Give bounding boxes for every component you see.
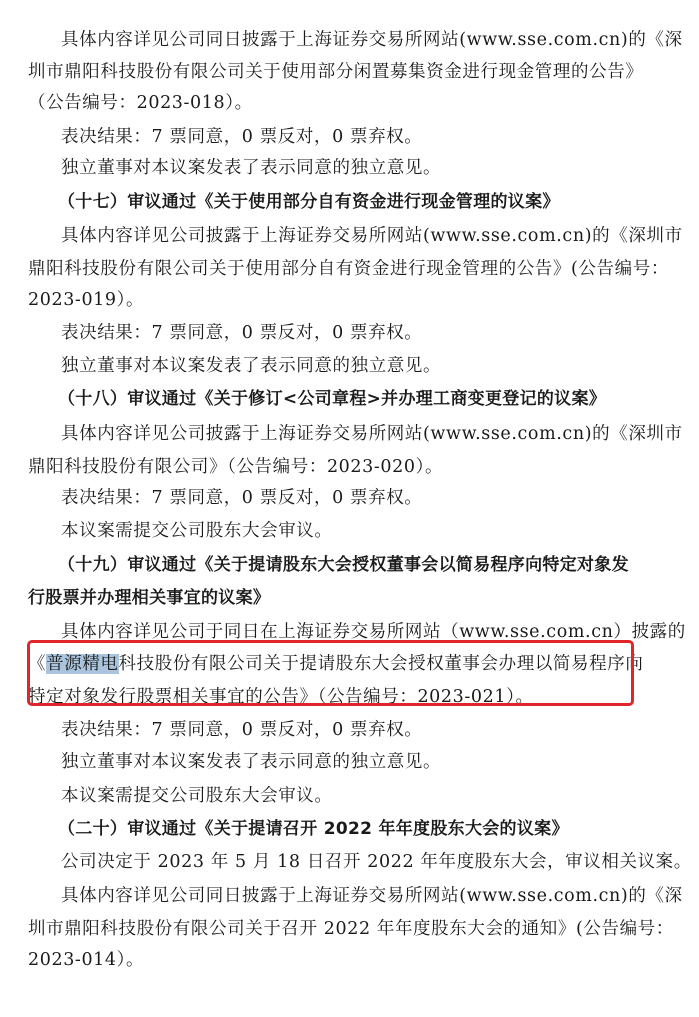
vote-result: 表决结果：7 票同意，0 票反对，0 票弃权。 bbox=[61, 318, 661, 348]
vote-result: 表决结果：7 票同意，0 票反对，0 票弃权。 bbox=[61, 483, 661, 513]
section-heading-17: （十七）审议通过《关于使用部分自有资金进行现金管理的议案》 bbox=[58, 187, 658, 217]
announcement-number: 鼎阳科技股份有限公司》（公告编号：2023-020）。 bbox=[28, 452, 628, 482]
section-heading-19: （十九）审议通过《关于提请股东大会授权董事会以简易程序向特定对象发 bbox=[58, 550, 658, 580]
announcement-number: 2023-019）。 bbox=[28, 285, 628, 315]
announcement-number: 2023-014）。 bbox=[28, 945, 628, 975]
vote-result: 表决结果：7 票同意，0 票反对，0 票弃权。 bbox=[61, 122, 661, 152]
independent-opinion: 独立董事对本议案发表了表示同意的独立意见。 bbox=[61, 153, 661, 183]
paragraph-line: 圳市鼎阳科技股份有限公司关于召开 2022 年年度股东大会的通知》(公告编号： bbox=[28, 914, 628, 944]
paragraph-line: 具体内容详见公司披露于上海证券交易所网站(www.sse.com.cn)的《深圳… bbox=[61, 221, 661, 251]
independent-opinion: 独立董事对本议案发表了表示同意的独立意见。 bbox=[61, 351, 661, 381]
paragraph-line: 圳市鼎阳科技股份有限公司关于使用部分闲置募集资金进行现金管理的公告》 bbox=[28, 57, 628, 87]
section-heading-19-cont: 行股票并办理相关事宜的议案》 bbox=[28, 583, 628, 613]
shareholder-review-note: 本议案需提交公司股东大会审议。 bbox=[61, 781, 661, 811]
section-heading-18: （十八）审议通过《关于修订<公司章程>并办理工商变更登记的议案》 bbox=[58, 384, 658, 414]
vote-result: 表决结果：7 票同意，0 票反对，0 票弃权。 bbox=[61, 715, 661, 745]
document-page: 具体内容详见公司同日披露于上海证券交易所网站(www.sse.com.cn)的《… bbox=[0, 0, 699, 1017]
paragraph-line: 鼎阳科技股份有限公司关于使用部分自有资金进行现金管理的公告》(公告编号： bbox=[28, 254, 628, 284]
independent-opinion: 独立董事对本议案发表了表示同意的独立意见。 bbox=[61, 747, 661, 777]
announcement-number: （公告编号：2023-018）。 bbox=[28, 88, 628, 118]
paragraph-line: 具体内容详见公司同日披露于上海证券交易所网站(www.sse.com.cn)的《… bbox=[61, 881, 661, 911]
paragraph-line: 具体内容详见公司同日披露于上海证券交易所网站(www.sse.com.cn)的《… bbox=[61, 25, 661, 55]
meeting-date-line: 公司决定于 2023 年 5 月 18 日召开 2022 年年度股东大会，审议相… bbox=[61, 847, 661, 877]
red-annotation-box bbox=[27, 640, 634, 706]
shareholder-review-note: 本议案需提交公司股东大会审议。 bbox=[61, 516, 661, 546]
paragraph-line: 具体内容详见公司披露于上海证券交易所网站(www.sse.com.cn)的《深圳… bbox=[61, 419, 661, 449]
section-heading-20: （二十）审议通过《关于提请召开 2022 年年度股东大会的议案》 bbox=[58, 814, 658, 844]
